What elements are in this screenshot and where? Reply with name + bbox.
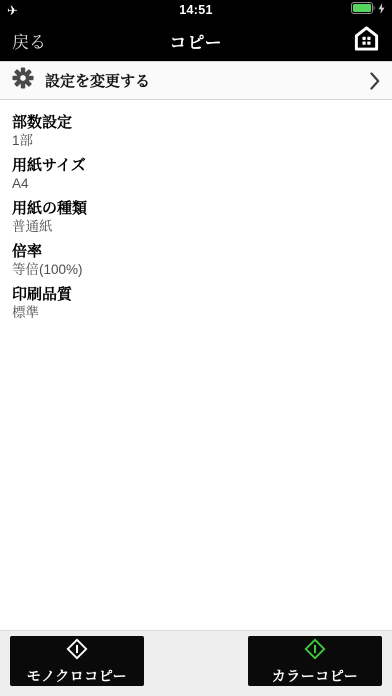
setting-label: 印刷品質: [12, 285, 380, 304]
battery-icon: [351, 1, 376, 19]
setting-value: 普通紙: [12, 218, 380, 236]
screen: ✈ 14:51 戻る コピー: [0, 0, 392, 696]
setting-label: 部数設定: [12, 113, 380, 132]
status-bar: ✈ 14:51: [0, 0, 392, 20]
clock-time: 14:51: [179, 3, 212, 17]
setting-copies: 部数設定 1部: [12, 113, 380, 150]
settings-summary-list: 部数設定 1部 用紙サイズ A4 用紙の種類 普通紙 倍率 等倍(100%) 印…: [0, 100, 392, 322]
bottom-toolbar: モノクロコピー カラーコピー: [0, 630, 392, 696]
start-mono-icon: [64, 636, 90, 665]
color-copy-button[interactable]: カラーコピー: [248, 636, 382, 686]
setting-label: 倍率: [12, 242, 380, 261]
page-title: コピー: [169, 28, 222, 53]
setting-value: 標準: [12, 304, 380, 322]
home-icon: [353, 25, 380, 57]
start-color-icon: [302, 636, 328, 665]
gear-icon: [12, 67, 34, 94]
chevron-right-icon: [370, 72, 380, 90]
navigation-bar: 戻る コピー: [0, 20, 392, 61]
monochrome-copy-label: モノクロコピー: [27, 666, 127, 686]
home-button[interactable]: [353, 25, 380, 57]
back-button[interactable]: 戻る: [12, 28, 46, 53]
color-copy-label: カラーコピー: [272, 666, 358, 686]
change-settings-label: 設定を変更する: [45, 70, 150, 91]
monochrome-copy-button[interactable]: モノクロコピー: [10, 636, 144, 686]
setting-paper-type: 用紙の種類 普通紙: [12, 199, 380, 236]
setting-value: 1部: [12, 132, 380, 150]
setting-quality: 印刷品質 標準: [12, 285, 380, 322]
setting-label: 用紙の種類: [12, 199, 380, 218]
airplane-mode-icon: ✈: [7, 4, 18, 17]
setting-value: A4: [12, 175, 380, 193]
charging-bolt-icon: [378, 1, 385, 19]
setting-value: 等倍(100%): [12, 261, 380, 279]
setting-label: 用紙サイズ: [12, 156, 380, 175]
change-settings-row[interactable]: 設定を変更する: [0, 61, 392, 100]
setting-paper-size: 用紙サイズ A4: [12, 156, 380, 193]
setting-scale: 倍率 等倍(100%): [12, 242, 380, 279]
